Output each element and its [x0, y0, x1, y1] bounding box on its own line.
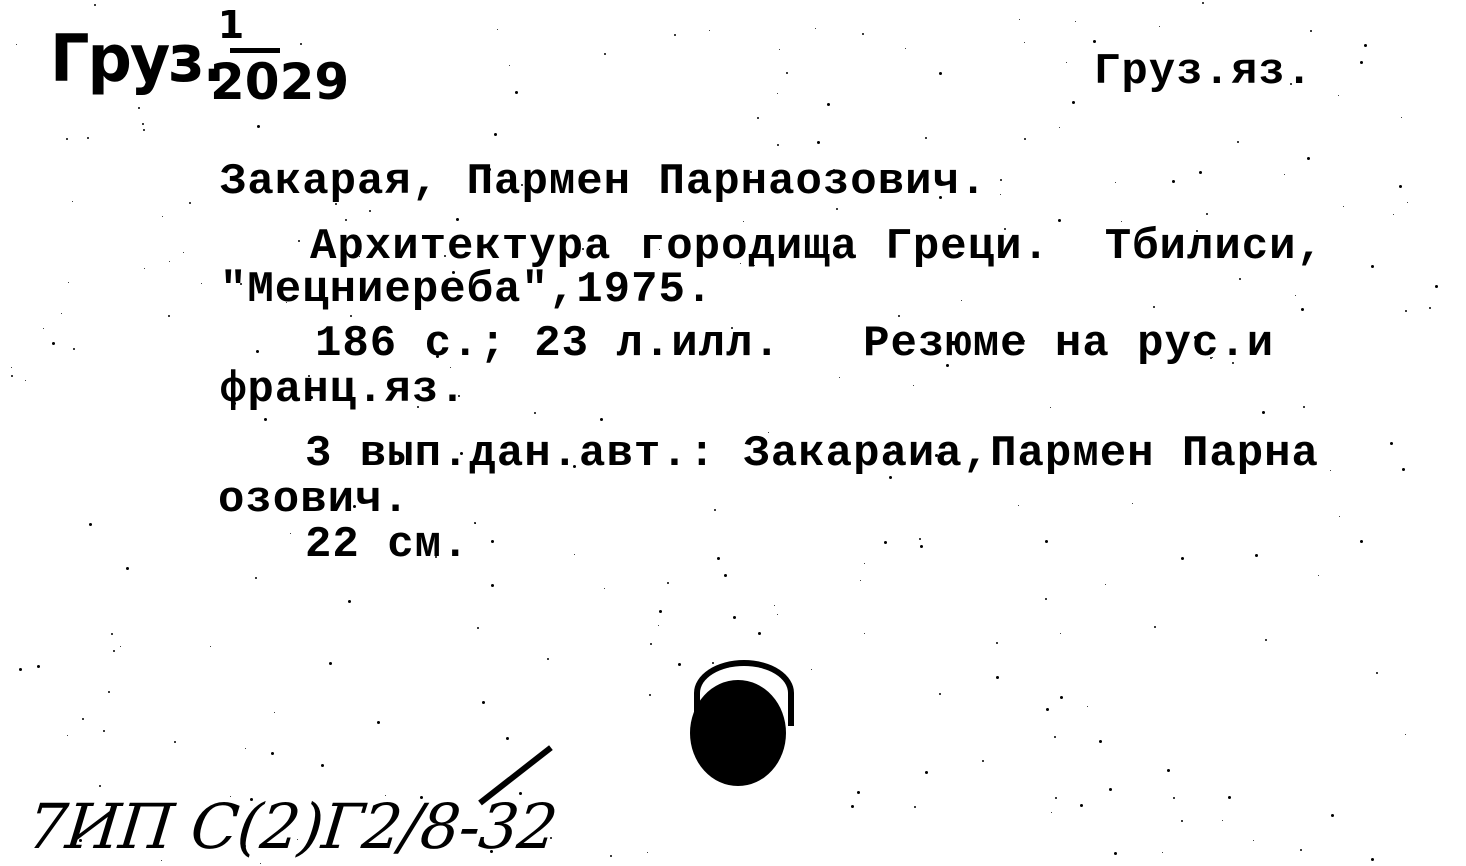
title-line: Архитектура городища Греци. Тбилиси,	[310, 225, 1324, 269]
punch-hole	[690, 680, 786, 786]
pagination-line: 186 с.; 23 л.илл. Резюме на рус.и	[315, 322, 1274, 366]
pagination-line-cont: франц.яз.	[220, 368, 467, 412]
note-line-cont: озович.	[218, 478, 410, 522]
publisher-line: "Мецниереба",1975.	[220, 268, 713, 312]
shelf-mark-fraction: 1 2029	[210, 6, 350, 109]
author-line: Закарая, Пармен Парнаозович.	[220, 160, 987, 204]
shelf-mark-numerator: 1	[112, 6, 350, 44]
size-line: 22 см.	[305, 523, 469, 567]
shelf-mark-denominator: 2029	[210, 55, 350, 109]
catalog-card: Груз. 1 2029 Груз.яз. Закарая, Пармен Па…	[0, 0, 1466, 866]
language-tag: Груз.яз.	[1094, 50, 1313, 94]
note-line: 3 вып.дан.авт.: Закараиа,Пармен Парна	[305, 432, 1319, 476]
